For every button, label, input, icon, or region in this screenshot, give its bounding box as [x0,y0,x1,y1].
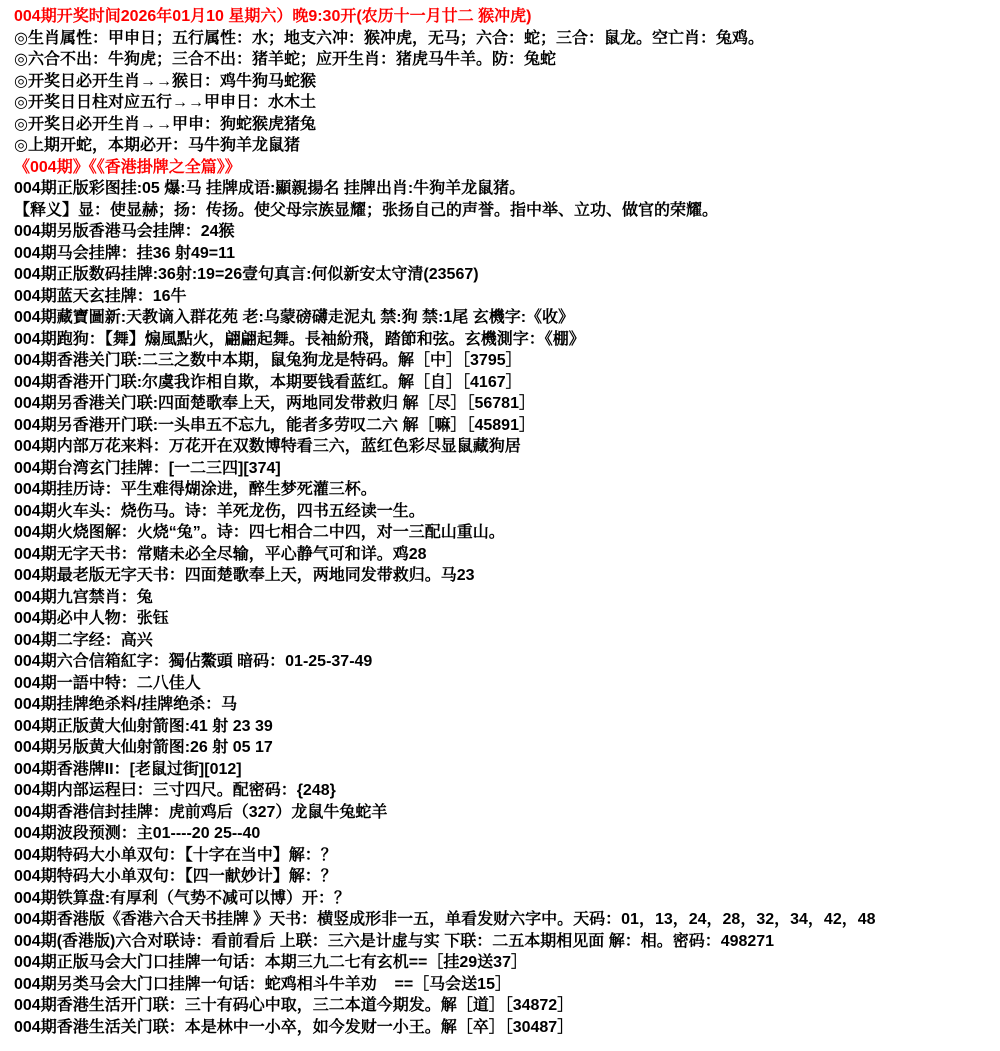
text-line-27: 004期最老版无字天书：四面楚歌奉上天，两地同发带救归。马23 [14,565,994,587]
text-line-16: 004期跑狗：【舞】煽風點火，翩翩起舞。長袖紛飛，踏節和弦。玄機測字：《棚》 [14,329,994,351]
text-line-23: 004期挂历诗：平生难得煳涂进，醉生梦死灌三杯。 [14,479,994,501]
text-line-6: ◎开奖日必开生肖→→甲申：狗蛇猴虎猪兔 [14,114,994,136]
text-line-7: ◎上期开蛇，本期必开：马牛狗羊龙鼠猪 [14,135,994,157]
text-line-43: 004期香港版《香港六合天书挂牌 》天书：横竖成形非一五，单看发财六字中。天码：… [14,909,994,931]
text-line-41: 004期特码大小单双句：【四一献妙计】解：？ [14,866,994,888]
text-line-42: 004期铁算盘:有厚利（气势不减可以博）开：？ [14,888,994,910]
text-line-10: 【释义】显：使显赫；扬：传扬。使父母宗族显耀；张扬自己的声誉。指中举、立功、做官… [14,200,994,222]
text-line-11: 004期另版香港马会挂牌：24猴 [14,221,994,243]
text-line-26: 004期无字天书：常赌未必全尽输，平心静气可和详。鸡28 [14,544,994,566]
text-line-40: 004期特码大小单双句：【十字在当中】解：？ [14,845,994,867]
text-line-14: 004期蓝天玄挂牌：16牛 [14,286,994,308]
text-line-20: 004期另香港开门联:一头串五不忘九，能者多劳叹二六 解［嘛］［45891］ [14,415,994,437]
text-line-46: 004期另类马会大门口挂牌一句话：蛇鸡相斗牛羊劝 ==［马会送15］ [14,974,994,996]
text-line-31: 004期六合信箱紅字：獨佔鰲頭 暗码：01-25-37-49 [14,651,994,673]
lottery-tips-document: 004期开奖时间2026年01月10 星期六）晚9:30开(农历十一月廿二 猴冲… [0,0,1000,1051]
text-line-34: 004期正版黄大仙射箭图:41 射 23 39 [14,716,994,738]
text-line-15: 004期藏寶圖新:天教谪入群花苑 老:乌蒙磅礴走泥丸 禁:狗 禁:1尾 玄機字:… [14,307,994,329]
text-line-30: 004期二字经：高兴 [14,630,994,652]
text-line-8: 《004期》《《香港掛牌之全篇》》 [14,157,994,179]
text-line-29: 004期必中人物：张钰 [14,608,994,630]
text-line-28: 004期九宫禁肖：兔 [14,587,994,609]
text-line-1: 004期开奖时间2026年01月10 星期六）晚9:30开(农历十一月廿二 猴冲… [14,6,994,28]
text-line-21: 004期内部万花来料：万花开在双数博特看三六，蓝红色彩尽显鼠藏狗居 [14,436,994,458]
text-line-24: 004期火车头：烧伤马。诗：羊死龙伤，四书五经读一生。 [14,501,994,523]
text-line-48: 004期香港生活关门联：本是林中一小卒，如今发财一小王。解［卒］［30487］ [14,1017,994,1039]
text-line-45: 004期正版马会大门口挂牌一句话：本期三九二七有玄机==［挂29送37］ [14,952,994,974]
text-line-3: ◎六合不出：牛狗虎；三合不出：猪羊蛇；应开生肖：猪虎马牛羊。防：兔蛇 [14,49,994,71]
text-line-33: 004期挂牌绝杀料/挂牌绝杀：马 [14,694,994,716]
text-line-2: ◎生肖属性：甲申日；五行属性：水；地支六冲：猴冲虎，无马；六合：蛇；三合：鼠龙。… [14,28,994,50]
text-line-18: 004期香港开门联:尔虞我诈相自欺，本期要钱看蓝红。解［自］［4167］ [14,372,994,394]
text-line-25: 004期火烧图解：火烧“兔”。诗：四七相合二中四，对一三配山重山。 [14,522,994,544]
text-line-9: 004期正版彩图挂:05 爆:马 挂牌成语:顯親揚名 挂牌出肖:牛狗羊龙鼠猪。 [14,178,994,200]
text-line-38: 004期香港信封挂牌：虎前鸡后（327）龙鼠牛兔蛇羊 [14,802,994,824]
text-line-47: 004期香港生活开门联：三十有码心中取，三二本道今期发。解［道］［34872］ [14,995,994,1017]
text-line-4: ◎开奖日必开生肖→→猴日：鸡牛狗马蛇猴 [14,71,994,93]
text-line-37: 004期内部运程曰：三寸四尺。配密码：{248} [14,780,994,802]
text-line-5: ◎开奖日日柱对应五行→→甲申日：水木土 [14,92,994,114]
text-line-36: 004期香港牌II：[老鼠过街][012] [14,759,994,781]
text-line-19: 004期另香港关门联:四面楚歌奉上天，两地同发带救归 解［尽］［56781］ [14,393,994,415]
text-line-32: 004期一語中特：二八佳人 [14,673,994,695]
text-line-17: 004期香港关门联:二三之数中本期，鼠兔狗龙是特码。解［中］［3795］ [14,350,994,372]
text-line-13: 004期正版数码挂牌:36射:19=26壹句真言:何似新安太守清(23567) [14,264,994,286]
text-line-22: 004期台湾玄门挂牌：[一二三四][374] [14,458,994,480]
text-line-35: 004期另版黄大仙射箭图:26 射 05 17 [14,737,994,759]
text-line-39: 004期波段预测：主01----20 25--40 [14,823,994,845]
text-line-44: 004期(香港版)六合对联诗：看前看后 上联：三六是计虚与实 下联：二五本期相见… [14,931,994,953]
text-line-12: 004期马会挂牌：挂36 射49=11 [14,243,994,265]
